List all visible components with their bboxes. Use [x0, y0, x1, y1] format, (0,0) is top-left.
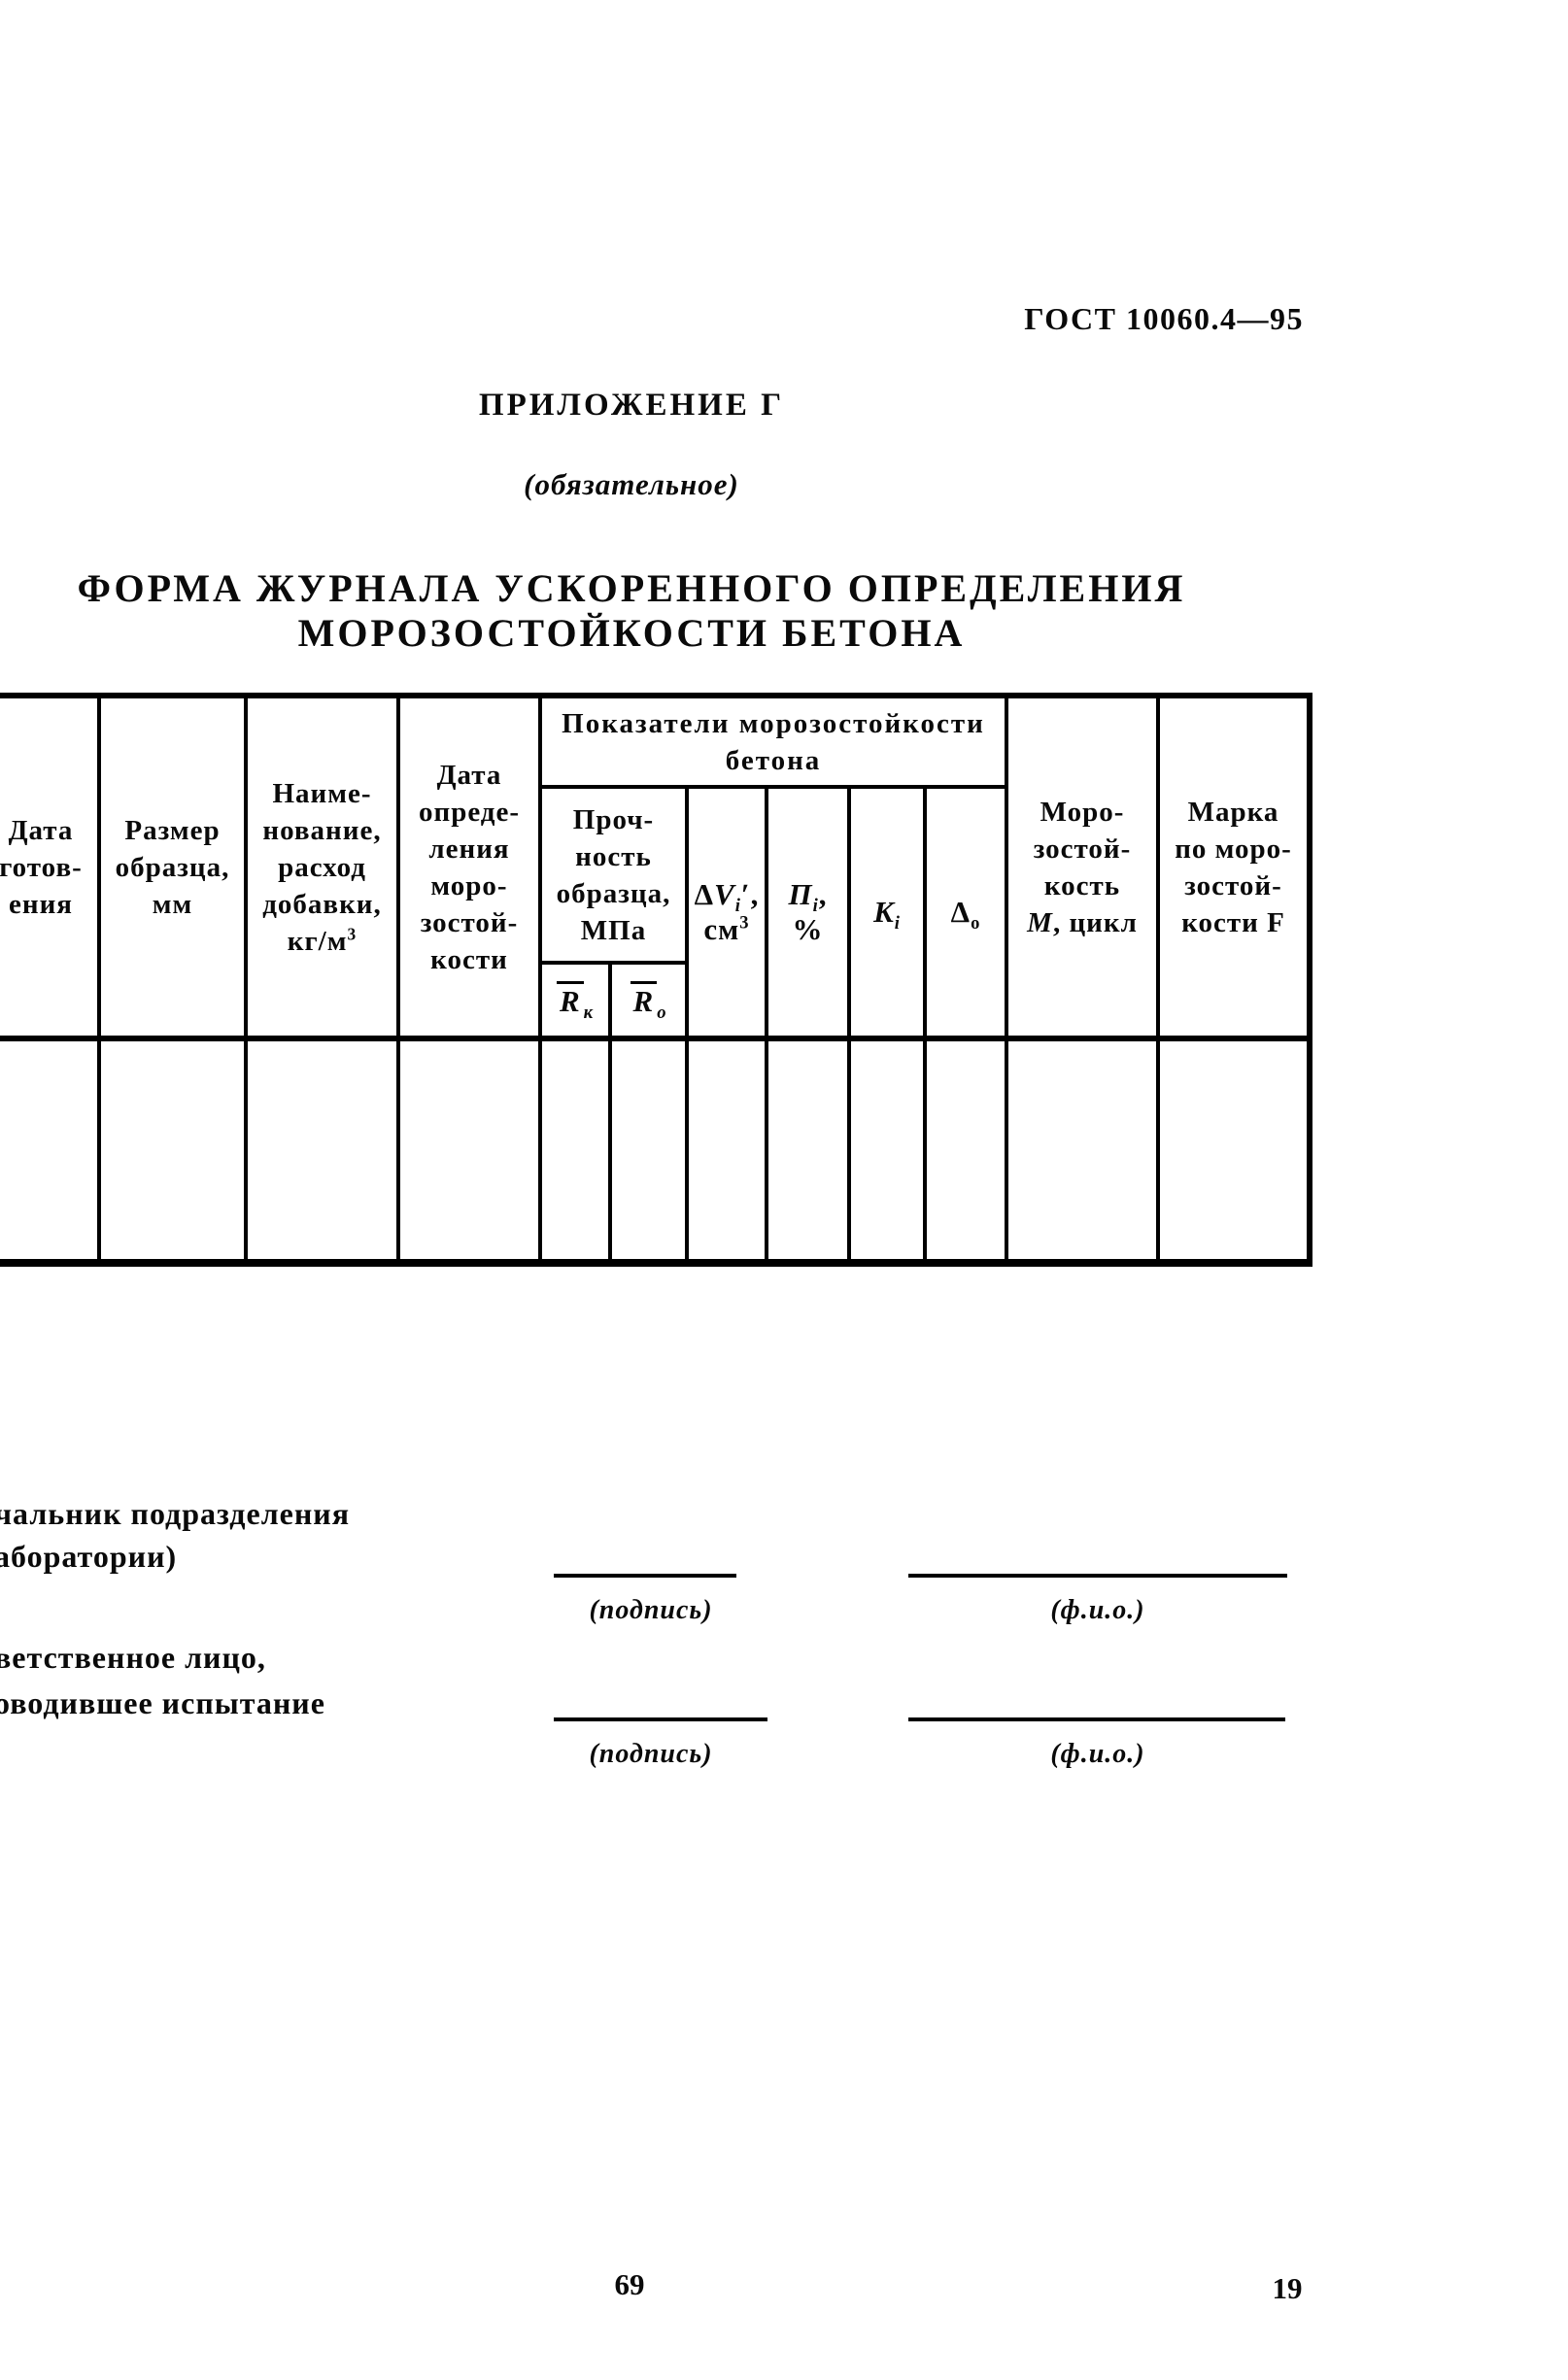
- col-header-sample-size: Размер образца, мм: [97, 698, 244, 1036]
- appendix-heading: ПРИЛОЖЕНИЕ Г: [0, 388, 1263, 424]
- data-cell-additive: [244, 1036, 396, 1259]
- form-title: ФОРМА ЖУРНАЛА УСКОРЕННОГО ОПРЕДЕЛЕНИЯ МО…: [0, 566, 1263, 656]
- signer1-name-line: [908, 1574, 1287, 1578]
- data-cell-ro: [608, 1036, 685, 1259]
- col-header-volume-change: ΔViʹ, см3: [685, 785, 765, 1036]
- signer2-signature-caption: (подпись): [559, 1739, 743, 1770]
- data-cell-test-date: [396, 1036, 538, 1259]
- data-cell-date-made: [0, 1036, 97, 1259]
- col-header-rk-symbol: Rк: [538, 961, 608, 1036]
- form-title-line2: МОРОЗОСТОЙКОСТИ БЕТОНА: [0, 611, 1263, 656]
- col-header-pi: Пi, %: [765, 785, 847, 1036]
- col-header-additive: Наиме- нование, расход добавки, кг/м3: [244, 698, 396, 1036]
- col-header-date-made: Дата готов- ения: [0, 698, 97, 1036]
- col-header-ro-symbol: Rо: [608, 961, 685, 1036]
- signer2-signature-line: [554, 1717, 767, 1721]
- data-cell-rk: [538, 1036, 608, 1259]
- journal-table: Дата готов- ения Размер образца, мм Наим…: [0, 693, 1312, 1267]
- appendix-note: (обязательное): [0, 467, 1263, 502]
- form-title-line1: ФОРМА ЖУРНАЛА УСКОРЕННОГО ОПРЕДЕЛЕНИЯ: [0, 566, 1263, 611]
- standard-number: ГОСТ 10060.4—95: [1001, 301, 1304, 337]
- signer1-role-line1: чальник подразделения: [0, 1496, 350, 1532]
- signer2-role-line1: ветственное лицо,: [0, 1640, 266, 1676]
- data-cell-delta-o: [923, 1036, 1005, 1259]
- col-header-ki: Ki: [847, 785, 923, 1036]
- scanned-document-page: ГОСТ 10060.4—95 ПРИЛОЖЕНИЕ Г (обязательн…: [0, 0, 1568, 2380]
- page-number-center: 69: [591, 2267, 668, 2302]
- data-cell-pi: [765, 1036, 847, 1259]
- data-cell-sample-size: [97, 1036, 244, 1259]
- signer1-role-line2: аборатории): [0, 1539, 177, 1575]
- data-cell-ki: [847, 1036, 923, 1259]
- signer2-role-line2: оводившее испытание: [0, 1685, 325, 1721]
- col-header-frost-mark: Марка по моро- зостой- кости F: [1156, 698, 1307, 1036]
- data-cell-frost-mark: [1156, 1036, 1307, 1259]
- col-header-frost-resistance: Моро- зостой- кость М, цикл: [1005, 698, 1156, 1036]
- signer1-name-caption: (ф.и.о.): [908, 1595, 1287, 1626]
- col-header-delta-o: Δо: [923, 785, 1005, 1036]
- group-header-frost-indicators: Показатели морозостойкости бетона: [538, 698, 1005, 785]
- col-header-strength: Проч- ность образца, МПа: [538, 785, 685, 961]
- col-header-test-date: Дата опреде- ления моро- зостой- кости: [396, 698, 538, 1036]
- data-cell-volume-change: [685, 1036, 765, 1259]
- signer1-signature-caption: (подпись): [559, 1595, 743, 1626]
- signer2-name-line: [908, 1717, 1285, 1721]
- data-cell-frost-resistance: [1005, 1036, 1156, 1259]
- page-number-right: 19: [1248, 2271, 1326, 2306]
- signer1-signature-line: [554, 1574, 736, 1578]
- signer2-name-caption: (ф.и.о.): [908, 1739, 1287, 1770]
